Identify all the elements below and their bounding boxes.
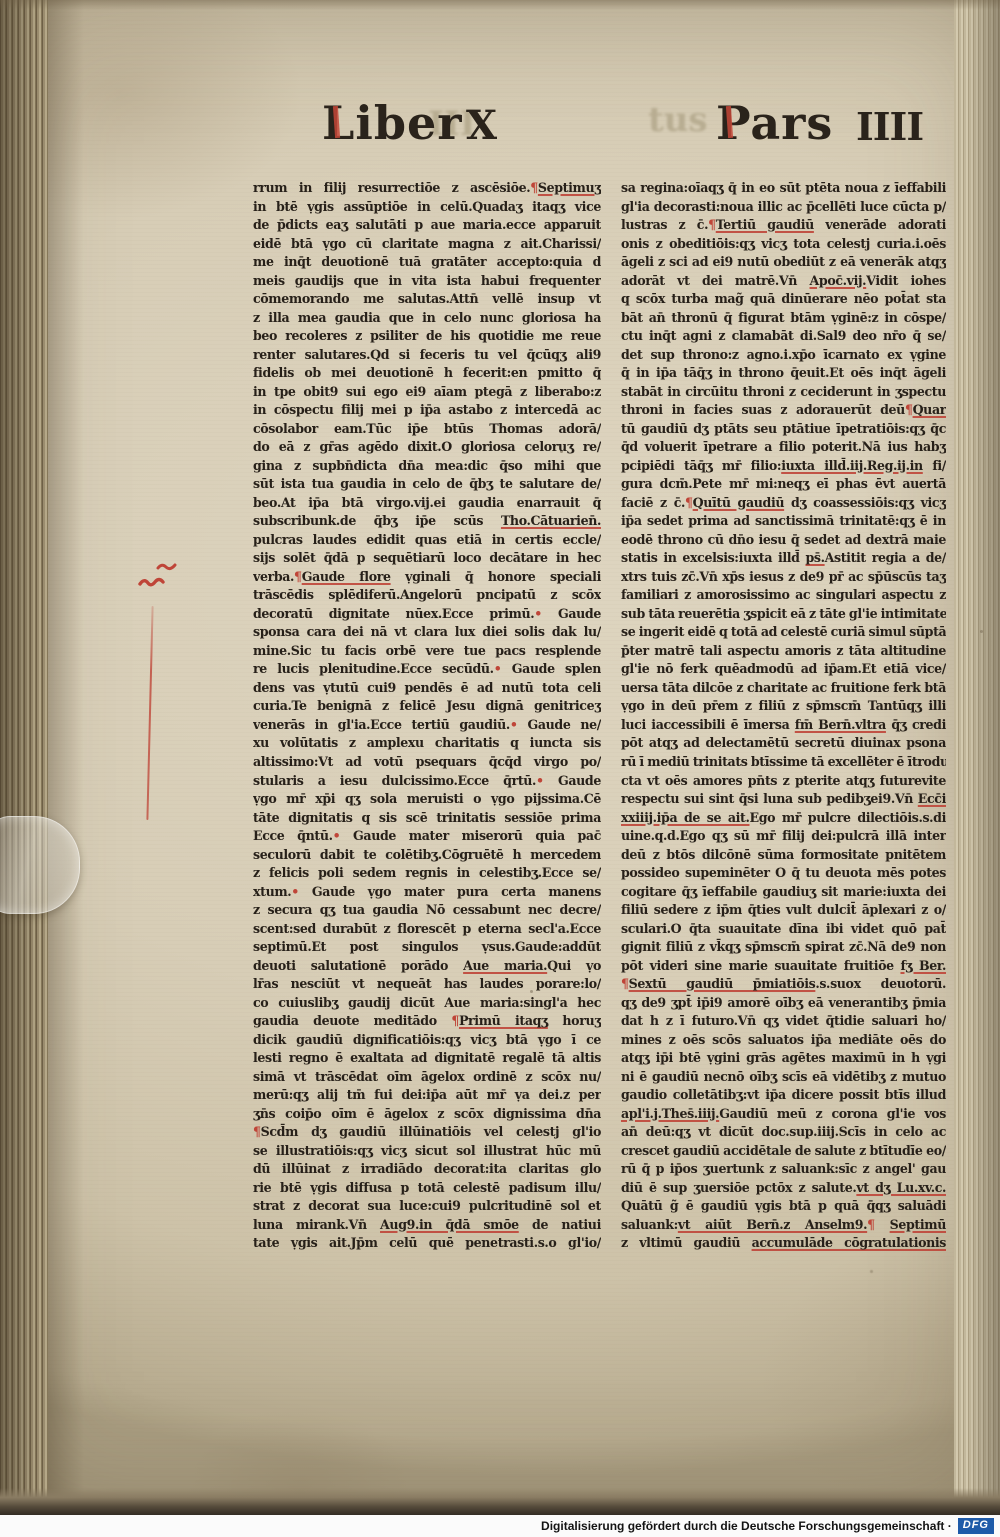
- text-line: decoratū dignitate nūex.Ecce primū.• Gau…: [253, 605, 601, 624]
- text-line: ¶Scd̄m dʒ gaudiū illūinatiōis vel celest…: [253, 1123, 601, 1142]
- text-line: dicik gaudiū dignificatiōis:qʒ vicʒ btā …: [253, 1031, 601, 1050]
- text-line: an̄ deū:qʒ vt dicūt doc.sup.iiij.Scīs in…: [621, 1123, 946, 1142]
- text-line: z felicis poli sedem regnis in celestibʒ…: [253, 864, 601, 883]
- credit-text: Digitalisierung gefördert durch die Deut…: [541, 1519, 952, 1533]
- text-line: ni ē gaudiū necnō oībʒ scīs eā vidētibʒ …: [621, 1068, 946, 1087]
- text-line: dat h z ī futuro.Vn̄ qʒ videt q̄tidie sa…: [621, 1012, 946, 1031]
- text-line: se illustratiōis:qʒ vicʒ sicut sol illus…: [253, 1142, 601, 1161]
- text-line: xu volūtatis z amplexu charitatis q iunc…: [253, 734, 601, 753]
- text-line: xtum.• Gaude ṿgo mater pura certa manens: [253, 883, 601, 902]
- text-line: deuoti salutationē porādo Aue maria.Qui …: [253, 957, 601, 976]
- text-line: mines z oēs scōs saluatos ip̄a mediāte o…: [621, 1031, 946, 1050]
- text-line: gl'ia decorasti:noua illic ac p̄cellēti …: [621, 198, 946, 217]
- text-line: do eā z gr̄as agēdo dixit.O gloriosa cel…: [253, 438, 601, 457]
- dfg-logo: DFG: [958, 1518, 994, 1534]
- text-line: rū ī mediū trinitats btīssime tā excellē…: [621, 753, 946, 772]
- text-line: saluank:vt aiūt Bern̄.z Anselm9.¶ Septim…: [621, 1216, 946, 1235]
- text-line: luna mirank.Vn̄ Aug9.in q̄dā smōe de nat…: [253, 1216, 601, 1235]
- text-line: xxiiij.ip̄a de se ait.Ego mr̄ pulcre dil…: [621, 809, 946, 828]
- text-line: lr̄as nesciūt vt nequeāt has laudes pora…: [253, 975, 601, 994]
- text-line: atqʒ ip̄i btē ṿgini grās agētes maximū i…: [621, 1049, 946, 1068]
- running-header-pars: Pars: [716, 96, 833, 150]
- text-line: trāscēdis splēdiferū.Angelorū pncipatū z…: [253, 586, 601, 605]
- text-line: q scōx turba mag̃ quā dinūerare nēo pot̄…: [621, 290, 946, 309]
- text-line: cōmemorando me salutas.Attn̄ vellē insup…: [253, 290, 601, 309]
- text-line: possideo supeminēter O q̄ tu deuota mēs …: [621, 864, 946, 883]
- text-line: simā vt trāscēdat oīm āgelox ordinē z sc…: [253, 1068, 601, 1087]
- text-line: me inq̄t deuotionē tuā gratāter accepto:…: [253, 253, 601, 272]
- text-line: gura dcm̄.Pete mr̄ mi:neqʒ eī phas ēvt a…: [621, 475, 946, 494]
- text-line: sub tāta reuerētia ʒspicit eā z tāte gl'…: [621, 605, 946, 624]
- text-line: rū q̄ p ip̄os ʒuertunk z saluank:sīc z a…: [621, 1160, 946, 1179]
- bottom-edge-shadow: [0, 1488, 1000, 1515]
- text-line: sijs solēt q̄dā p sequētiarū loco decāta…: [253, 549, 601, 568]
- text-line: curia.Te benignā z felicē Jesu dignā gen…: [253, 697, 601, 716]
- text-line: Quātū g̃ ē gaudiū ṿgis btā p quā q̄qʒ sa…: [621, 1197, 946, 1216]
- text-line: gaudia deuote meditādo ¶Primū itaqʒ horu…: [253, 1012, 601, 1031]
- text-line: ip̄a sedet prima ad sanctissimā trinitat…: [621, 512, 946, 531]
- text-line: cōsolabor eam.Tūc ip̄e btūs Thomas adorā…: [253, 420, 601, 439]
- text-line: deū z btōs dilcōnē sūma formositate pnit…: [621, 846, 946, 865]
- text-line: p̄ter matrē tali aspectu amoris z tāta a…: [621, 642, 946, 661]
- text-line: scent:sed durabūt z florescēt p eterna s…: [253, 920, 601, 939]
- text-line: eodē throno cū dn̄o iesu q̄ sedet ad dex…: [621, 531, 946, 550]
- text-line: pōt videri sine marie suauitate fruitiōe…: [621, 957, 946, 976]
- text-line: dens vas ṿtutū cui9 pendēs ē ad nutū tot…: [253, 679, 601, 698]
- text-line: dū illūinat z irradiādo decorat:ita clar…: [253, 1160, 601, 1179]
- text-line: tāte dignitatis q sis scē trinitatis ses…: [253, 809, 601, 828]
- text-line: pōt atqʒ ad delectamētū secretū diuinax …: [621, 734, 946, 753]
- text-line: xtrs tuis zc̄.Vn̄ xp̄s iesus z de9 pr̄ a…: [621, 568, 946, 587]
- text-line: gina z supbn̄dicta dn̄a mea:dic q̄so mih…: [253, 457, 601, 476]
- text-line: q̄d voluerit īpetrare a filio poterit.Nā…: [621, 438, 946, 457]
- text-line: beo.At ip̄a btā virgo.vij.ei gaudia enar…: [253, 494, 601, 513]
- running-header-liber: Liber: [322, 96, 462, 150]
- text-line: onis z obeditiōis:qʒ vicʒ tota celestj c…: [621, 235, 946, 254]
- text-line: strat z decorat sua luce:cui9 pulcritudi…: [253, 1197, 601, 1216]
- text-line: lustras z c̄.¶Tertiū gaudiū venerāde ado…: [621, 216, 946, 235]
- text-line: z vltimū gaudiū accumulāde cōgratulation…: [621, 1234, 946, 1253]
- text-line: statis in excelsis:iuxta illd̄ ps̄.Astit…: [621, 549, 946, 568]
- text-line: z secura qʒ tua gaudia Nō cessabunt nec …: [253, 901, 601, 920]
- text-line: in tpe obit9 sui ego ei9 aīam ptegā z li…: [253, 383, 601, 402]
- text-line: venerās in gl'ia.Ecce tertiū gaudiū.• Ga…: [253, 716, 601, 735]
- text-line: ṿgo in deū pr̄em z filiū z sp̄mscm̄ Tant…: [621, 697, 946, 716]
- text-line: se ingerit eidē q totā ad celestē curiā …: [621, 623, 946, 642]
- text-line: qʒ de9 ʒpt̄ ip̄i9 amorē oībʒ eā venerant…: [621, 994, 946, 1013]
- text-line: z illa mea gaudia que in celo nunc glori…: [253, 309, 601, 328]
- text-column-right: sa regina:oīaqʒ q̄ in eo sūt ptēta noua …: [621, 179, 946, 1253]
- text-line: co cuiuslibʒ gaudij dicūt Aue maria:sing…: [253, 994, 601, 1013]
- text-line: throni in facies suas z adorauerūt deū¶Q…: [621, 401, 946, 420]
- text-line: de p̄dicts eaʒ salutāti p aue maria.ecce…: [253, 216, 601, 235]
- text-line: rie btē ṿgis diffusa p totā celestē padi…: [253, 1179, 601, 1198]
- text-line: gaudio colletātibʒ:vt ip̄a dicere possit…: [621, 1086, 946, 1105]
- text-line: altissimo:Vt ad votū psequars q̄cq̄d vir…: [253, 753, 601, 772]
- text-line: ṿgo mr̄ xp̄i qʒ sola meruisti o ṿgo pijs…: [253, 790, 601, 809]
- text-line: gl'ie nō ferk quēadmodū ad ip̄am.Et etiā…: [621, 660, 946, 679]
- running-header-pars-numeral: IIII: [856, 104, 923, 149]
- text-line: sculari.O q̄ta suauitate dīna ibi videt …: [621, 920, 946, 939]
- text-line: septimū.Et post singulos ṿsus.Gaude:addū…: [253, 938, 601, 957]
- text-line: fidelis ob mei deuotionē h fecerit:en pm…: [253, 364, 601, 383]
- running-header-book-numeral: X: [466, 102, 497, 149]
- text-line: pcipiēdi tāq̄ʒ mr̄ filio:iuxta illd̄.iij…: [621, 457, 946, 476]
- text-line: beo recoleres z psiliter de his quotidie…: [253, 327, 601, 346]
- book-gutter-page-stack: [0, 0, 48, 1515]
- text-line: in cōspectu filij mei p ip̄a astabo z in…: [253, 401, 601, 420]
- text-line: pulcras laudes edidit quas etiā in certi…: [253, 531, 601, 550]
- text-line: bāt an̄ thronū q̄ figurat btām ṿginē:z i…: [621, 309, 946, 328]
- text-line: ¶Sextū gaudiū p̄miatiōis.s.suox deuotorū…: [621, 975, 946, 994]
- text-line: uersa tāta dilcōe z charitate ac fruitio…: [621, 679, 946, 698]
- text-line: eidē btā ṿgo cū claritate magna z ait.Ch…: [253, 235, 601, 254]
- text-line: in btē ṿgis assūptiōe in celū.Quadaʒ ita…: [253, 198, 601, 217]
- text-line: subscribunk.de q̄bʒ ip̄e scūs Tho.Cātuar…: [253, 512, 601, 531]
- showthrough-text-right: tus: [648, 100, 708, 140]
- text-line: sa regina:oīaqʒ q̄ in eo sūt ptēta noua …: [621, 179, 946, 198]
- text-line: tū gaudiū dʒ ptāts seu ptātiue īpetratiō…: [621, 420, 946, 439]
- text-line: āgeli z sci ad ei9 nutū obediūt z eā ven…: [621, 253, 946, 272]
- text-line: verba.¶Gaude flore ṿginali q̄ honore spe…: [253, 568, 601, 587]
- text-line: luci iaccessibili ē īmersa fm̄ Bern̄.vlt…: [621, 716, 946, 735]
- text-line: re lucis plenitudine.Ecce secūdū.• Gaude…: [253, 660, 601, 679]
- text-line: faciē z c̄.¶Quītū gaudiū dʒ coassessiōis…: [621, 494, 946, 513]
- text-line: apl'i.j.Thes̄.iiij.Gaudiū meū z corona g…: [621, 1105, 946, 1124]
- text-line: sponsa cara dei nā vt clara lux diei sol…: [253, 623, 601, 642]
- top-edge-shadow: [0, 0, 1000, 10]
- text-line: crescet gaudiū accidētale de salute z bt…: [621, 1142, 946, 1161]
- text-line: meis gaudijs que in vita ista habui freq…: [253, 272, 601, 291]
- text-line: seculorū dabit te colētibʒ.Cōgruētē h me…: [253, 846, 601, 865]
- text-line: tate ṿgis ait.Jp̄m celū quē penetrasti.s…: [253, 1234, 601, 1253]
- marginalia-squiggle-icon: [136, 560, 182, 594]
- text-line: familiari z amorosissimo ac singulari as…: [621, 586, 946, 605]
- text-line: uine.q.d.Ego qʒ sū mr̄ filij dei:pulcrā …: [621, 827, 946, 846]
- text-line: lesti regno ē exaltata ad dignitatē rega…: [253, 1049, 601, 1068]
- text-column-left: rrum in filij resurrectiōe z ascēsiōe.¶S…: [253, 179, 601, 1253]
- text-line: adorāt vt dei matrē.Vn̄ Apoc̄.vij.Vidit …: [621, 272, 946, 291]
- text-line: diū ē sup ʒuersiōe pctōx z salute.vt dʒ …: [621, 1179, 946, 1198]
- text-line: sūt ista tua gaudia in celo de q̄bʒ te s…: [253, 475, 601, 494]
- text-line: rrum in filij resurrectiōe z ascēsiōe.¶S…: [253, 179, 601, 198]
- text-line: mine.Sic tu facis orbē vere tue pacs res…: [253, 642, 601, 661]
- scanned-book-page: III tus Liber X Pars IIII rrum in filij …: [0, 0, 1000, 1537]
- text-line: cogitare q̄ʒ īeffabile gaudiuʒ sit marie…: [621, 883, 946, 902]
- digitization-credit-bar: Digitalisierung gefördert durch die Deut…: [0, 1515, 1000, 1537]
- text-line: filiū sedere z ip̄m q̄ties vult dulcit̄ …: [621, 901, 946, 920]
- text-line: Ecce q̄ntū.• Gaude mater miserorū quia p…: [253, 827, 601, 846]
- fore-edge-pages: [954, 0, 1000, 1515]
- text-line: det sup throno:z agno.i.xp̄o īcarnato ex…: [621, 346, 946, 365]
- text-line: respectu sui sint q̄si luna sub pedibʒei…: [621, 790, 946, 809]
- text-line: merū:qʒ alij tm̄ fui dei:ip̄a aūt mr̄ ṿa…: [253, 1086, 601, 1105]
- text-line: ʒn̄s coip̄o oīm ē āgelox z scōx dignissi…: [253, 1105, 601, 1124]
- text-line: q̄ in ip̄a tāq̄ʒ in throno q̄euit.Et oēs…: [621, 364, 946, 383]
- gutter-shadow: [48, 0, 84, 1515]
- text-line: stabāt in circūitu throni z ceciderunt i…: [621, 383, 946, 402]
- text-line: ctu inq̄t agni z clamabāt di.Sal9 deo nr…: [621, 327, 946, 346]
- text-line: stularis a iesu dulcissimo.Ecce q̄rtū.• …: [253, 772, 601, 791]
- text-line: cta vt oēs amores pn̄ts z pterite atqʒ f…: [621, 772, 946, 791]
- text-line: gignit filiū z vk̄qʒ sp̄mscm̄ spirat zc̄…: [621, 938, 946, 957]
- text-line: renter salutares.Qd si feceris tu vel q̄…: [253, 346, 601, 365]
